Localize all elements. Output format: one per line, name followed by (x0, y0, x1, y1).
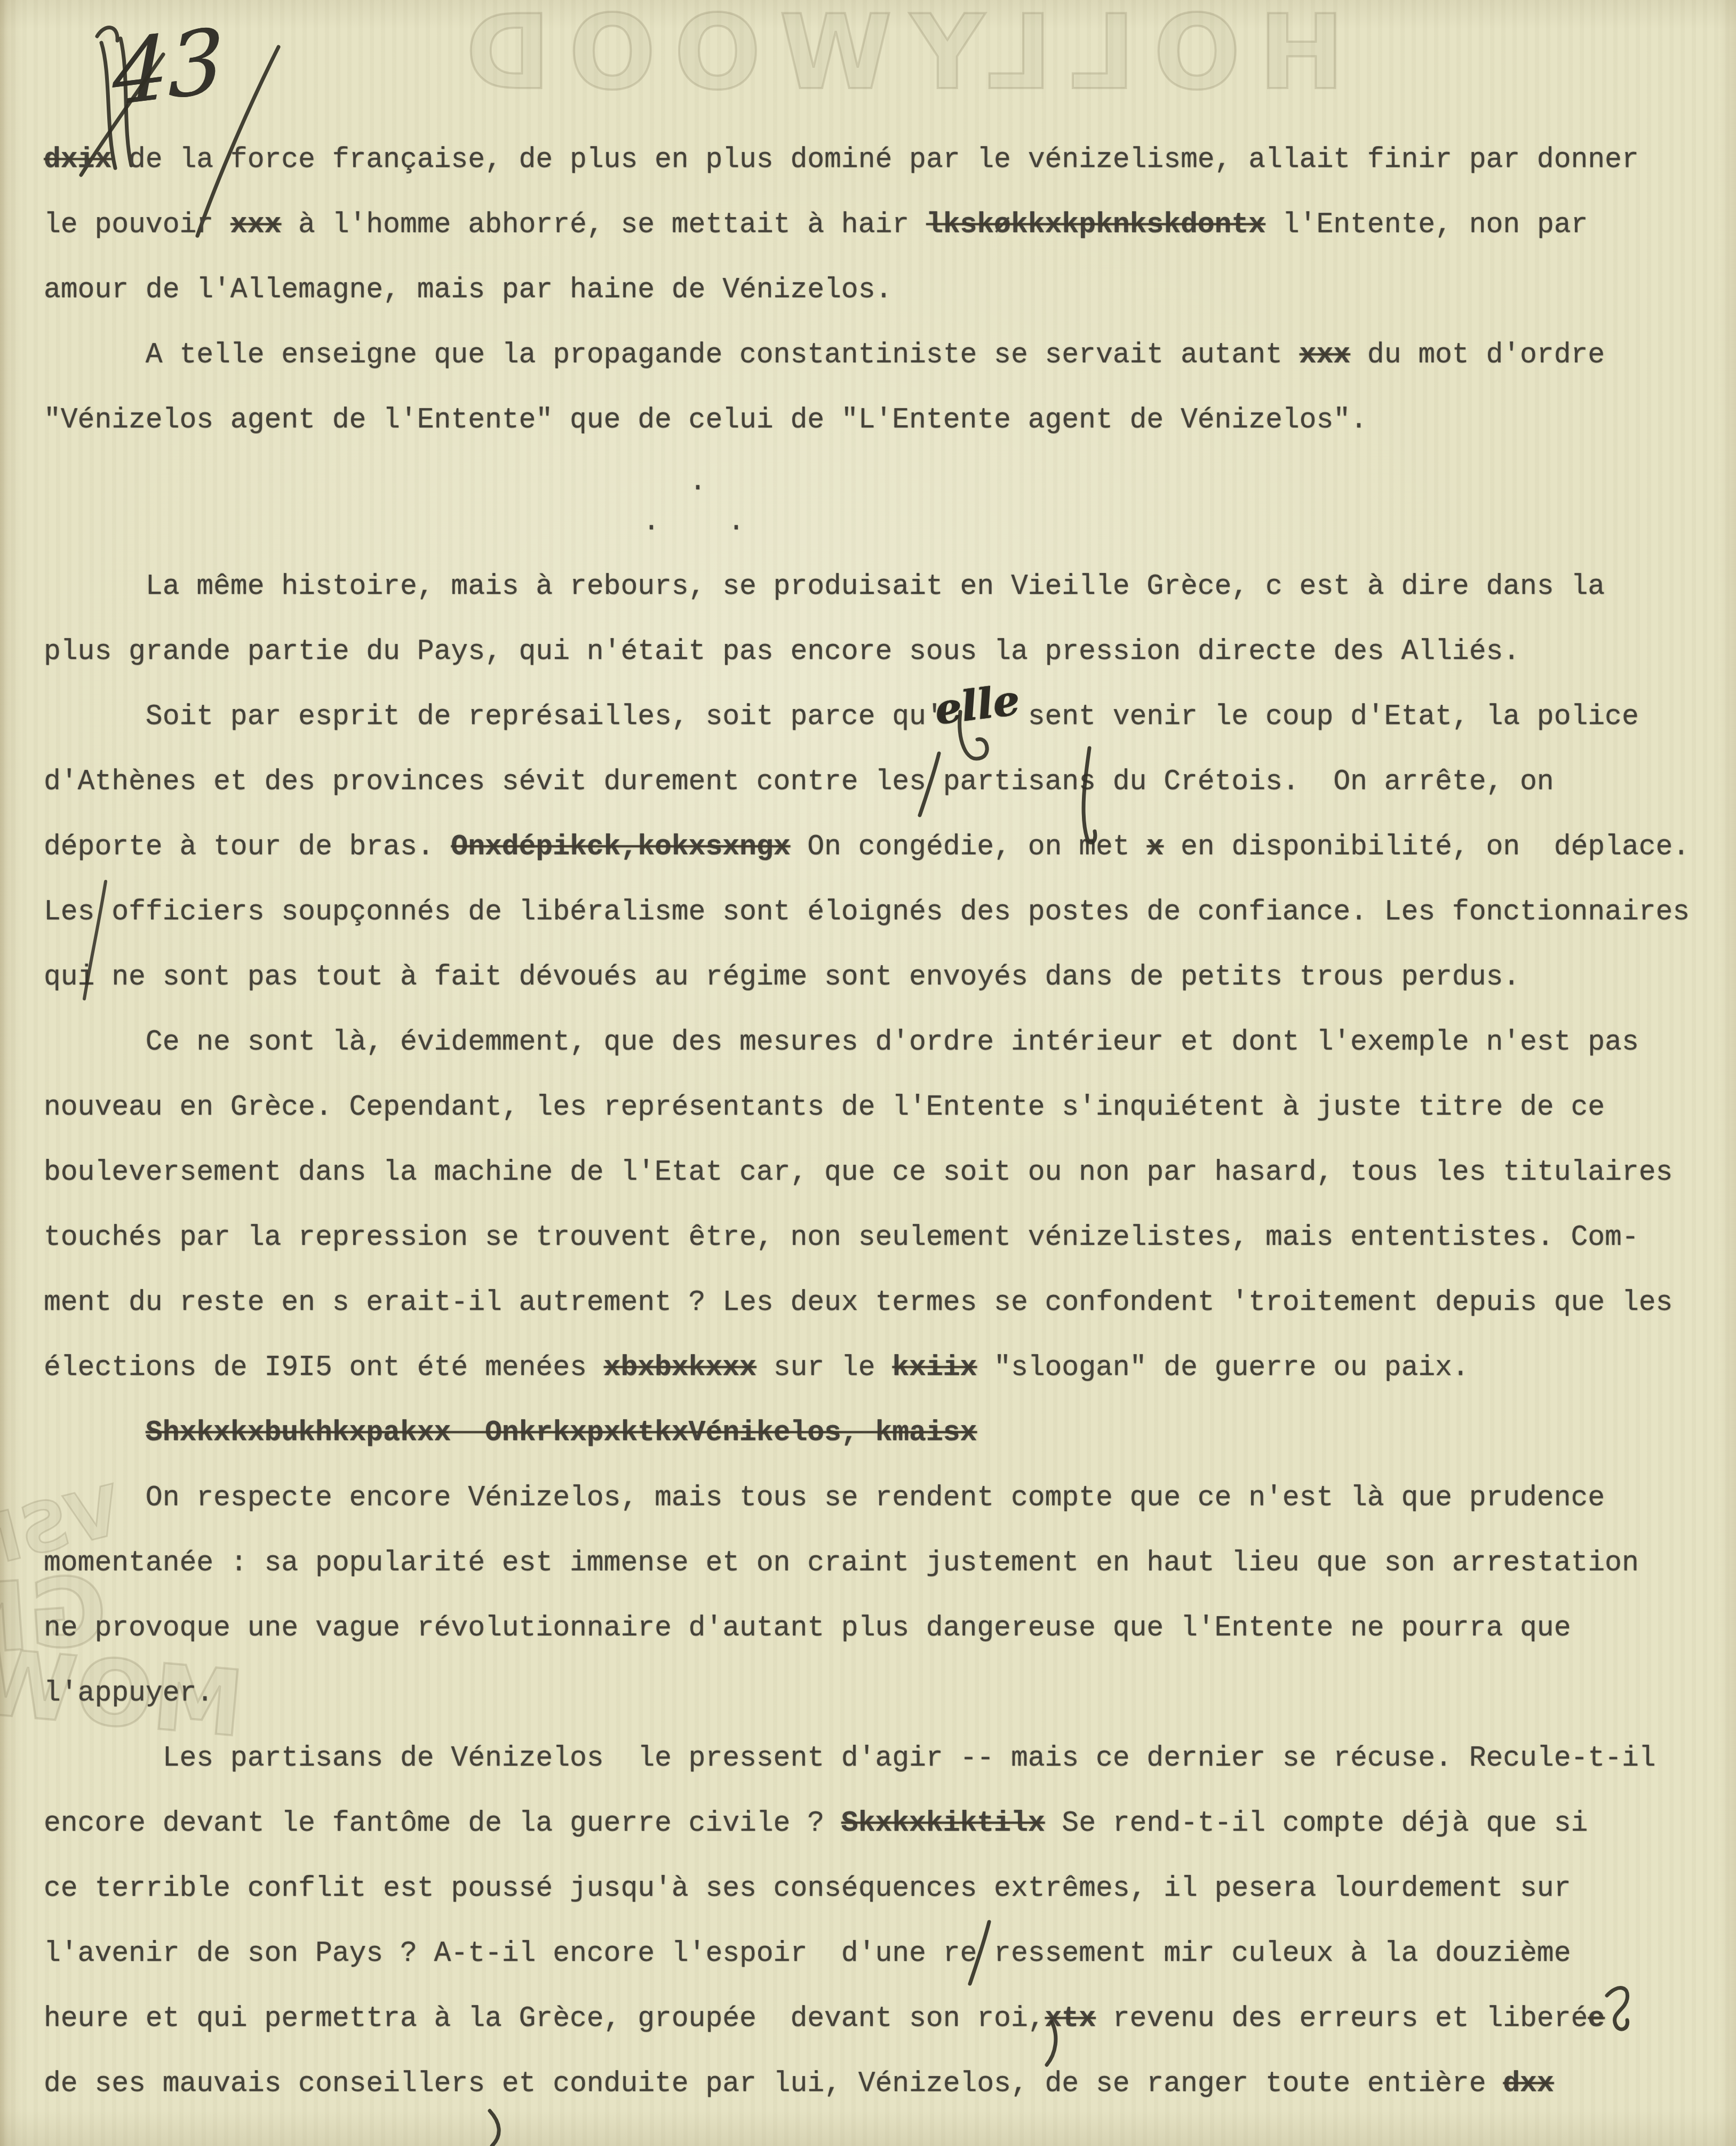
text-line: bouleversement dans la machine de l'Etat… (44, 1140, 1736, 1205)
text-line: élections de I9I5 ont été menées xbxbxkx… (44, 1335, 1736, 1400)
text-line: heure et qui permettra à la Grèce, group… (44, 1986, 1736, 2051)
handwritten-page-number: 43 (113, 9, 224, 125)
text-line: déporte à tour de bras. Onxdépikck,kokxs… (44, 814, 1736, 879)
text-line: On respecte encore Vénizelos, mais tous … (44, 1465, 1736, 1530)
text-line: le pouvoir xxx à l'homme abhorré, se met… (44, 192, 1736, 257)
text-line: Les officiers soupçonnés de libéralisme … (44, 879, 1736, 944)
text-line: La même histoire, mais à rebours, se pro… (44, 554, 1736, 619)
text-line: plus grande partie du Pays, qui n'était … (44, 619, 1736, 684)
text-line: ce terrible conflit est poussé jusqu'à s… (44, 1856, 1736, 1921)
paper-watermark-hollywood: HOLLYWOOD (448, 0, 1344, 113)
text-line: de ses mauvais conseillers et conduite p… (44, 2051, 1736, 2116)
text-line: A telle enseigne que la propagande const… (44, 322, 1736, 387)
separator-line: . . (44, 511, 1736, 554)
text-line: encore devant le fantôme de la guerre ci… (44, 1791, 1736, 1856)
separator-line: . (44, 452, 1736, 511)
text-line: touchés par la repression se trouvent êt… (44, 1205, 1736, 1270)
text-line: Ce ne sont là, évidemment, que des mesur… (44, 1010, 1736, 1075)
text-line: momentanée : sa popularité est immense e… (44, 1530, 1736, 1595)
text-line: Shxkxkxbukhkxpakxx OnkrkxpxktkxVénikelos… (44, 1400, 1736, 1465)
text-line: amour de l'Allemagne, mais par haine de … (44, 257, 1736, 322)
typewritten-text: dxix de la force française, de plus en p… (44, 127, 1736, 2116)
typewritten-page: { "page": { "handwritten_page_number": "… (0, 0, 1736, 2146)
text-line: "Vénizelos agent de l'Entente" que de ce… (44, 387, 1736, 452)
text-line: ment du reste en s erait-il autrement ? … (44, 1270, 1736, 1335)
text-line: dxix de la force française, de plus en p… (44, 127, 1736, 192)
text-line: nouveau en Grèce. Cependant, les représe… (44, 1075, 1736, 1140)
handwritten-insertion-elle: elle (932, 676, 1022, 735)
text-line: l'avenir de son Pays ? A-t-il encore l'e… (44, 1921, 1736, 1986)
text-line: d'Athènes et des provinces sévit duremen… (44, 749, 1736, 814)
text-line: Soit par esprit de représailles, soit pa… (44, 684, 1736, 749)
text-line: l'appuyer. (44, 1660, 1736, 1726)
text-line: qui ne sont pas tout à fait dévoués au r… (44, 944, 1736, 1010)
text-line: Les partisans de Vénizelos le pressent d… (44, 1726, 1736, 1791)
text-line: ne provoque une vague révolutionnaire d'… (44, 1595, 1736, 1660)
